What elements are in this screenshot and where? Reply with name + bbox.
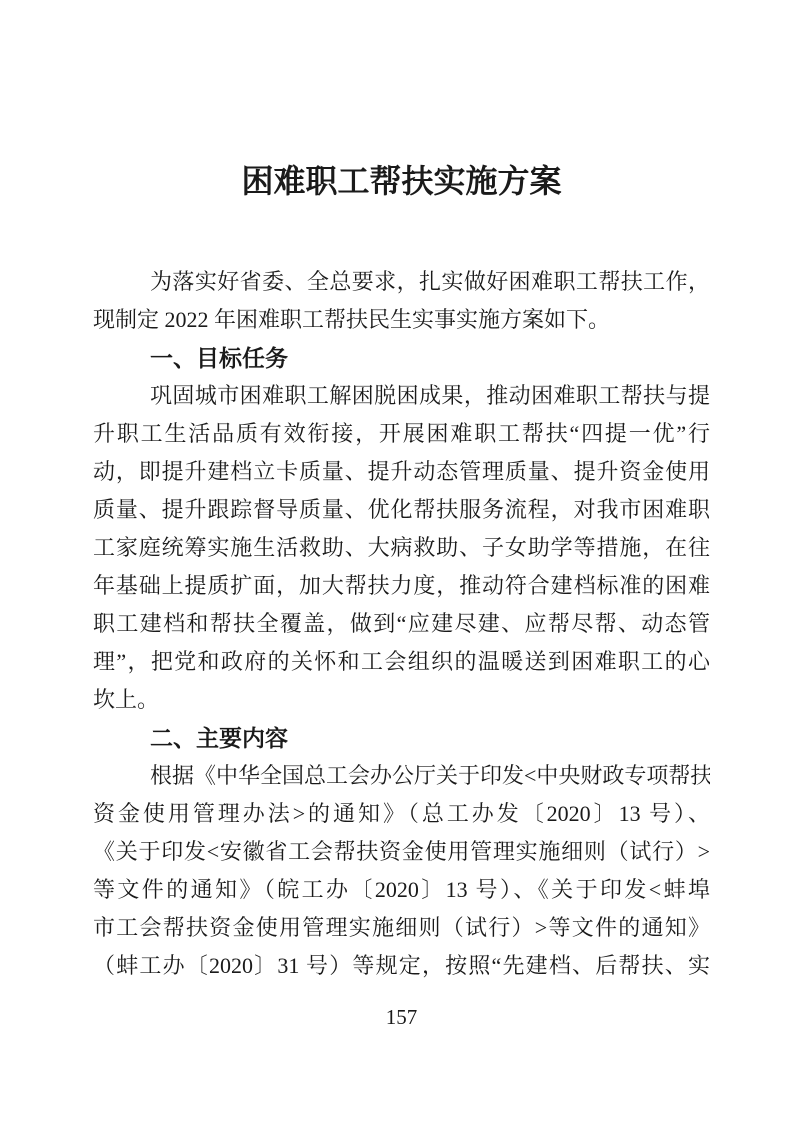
text-line: 市工会帮扶资金使用管理实施细则（试行）>等文件的通知》 (93, 909, 710, 947)
text-line: 工家庭统筹实施生活救助、大病救助、子女助学等措施，在往 (93, 529, 710, 567)
document-body: 为落实好省委、全总要求，扎实做好困难职工帮扶工作， 现制定 2022 年困难职工… (93, 263, 710, 985)
section-heading-goals: 一、目标任务 (93, 339, 710, 377)
text-line: 坎上。 (93, 681, 710, 719)
text-line: 等文件的通知》（皖工办〔2020〕13 号）、《关于印发<蚌埠 (93, 871, 710, 909)
text-line: 巩固城市困难职工解困脱困成果，推动困难职工帮扶与提 (93, 377, 710, 415)
text-line: 根据《中华全国总工会办公厅关于印发<中央财政专项帮扶 (93, 757, 710, 795)
text-line: 为落实好省委、全总要求，扎实做好困难职工帮扶工作， (93, 263, 710, 301)
text-line: （蚌工办〔2020〕31 号）等规定，按照“先建档、后帮扶、实 (93, 947, 710, 985)
text-line: 职工建档和帮扶全覆盖，做到“应建尽建、应帮尽帮、动态管 (93, 605, 710, 643)
text-line: 资金使用管理办法>的通知》（总工办发〔2020〕13 号）、 (93, 795, 710, 833)
text-line: 动，即提升建档立卡质量、提升动态管理质量、提升资金使用 (93, 453, 710, 491)
text-line: 年基础上提质扩面，加大帮扶力度，推动符合建档标准的困难 (93, 567, 710, 605)
document-title: 困难职工帮扶实施方案 (93, 158, 710, 204)
section-heading-main-content: 二、主要内容 (93, 719, 710, 757)
text-line: 《关于印发<安徽省工会帮扶资金使用管理实施细则（试行）> (93, 833, 710, 871)
document-page: 困难职工帮扶实施方案 为落实好省委、全总要求，扎实做好困难职工帮扶工作， 现制定… (0, 0, 793, 1122)
text-line: 质量、提升跟踪督导质量、优化帮扶服务流程，对我市困难职 (93, 491, 710, 529)
text-line: 现制定 2022 年困难职工帮扶民生实事实施方案如下。 (93, 301, 710, 339)
page-number: 157 (93, 1002, 710, 1032)
text-line: 理”，把党和政府的关怀和工会组织的温暖送到困难职工的心 (93, 643, 710, 681)
text-line: 升职工生活品质有效衔接，开展困难职工帮扶“四提一优”行 (93, 415, 710, 453)
